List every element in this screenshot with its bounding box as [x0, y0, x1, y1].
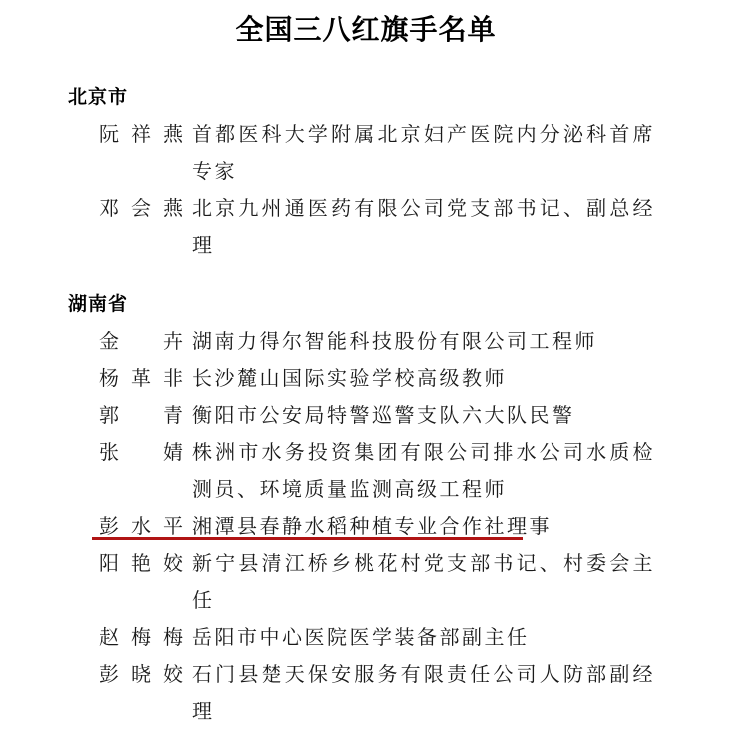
section-beijing: 北京市 阮祥燕 首都医科大学附属北京妇产医院内分泌科首席专家 邓会燕 北京九州通…	[0, 79, 732, 264]
list-entry: 邓会燕 北京九州通医药有限公司党支部书记、副总经理	[68, 190, 662, 264]
document-page: 全国三八红旗手名单 北京市 阮祥燕 首都医科大学附属北京妇产医院内分泌科首席专家…	[0, 0, 732, 742]
region-label: 湖南省	[68, 286, 662, 323]
honoree-affiliation: 株洲市水务投资集团有限公司排水公司水质检测员、环境质量监测高级工程师	[192, 434, 655, 508]
honoree-name: 彭水平	[99, 508, 183, 545]
honoree-affiliation: 湖南力得尔智能科技股份有限公司工程师	[192, 323, 655, 360]
list-entry: 金卉 湖南力得尔智能科技股份有限公司工程师	[68, 323, 662, 360]
honoree-affiliation: 石门县楚天保安服务有限责任公司人防部副经理	[192, 656, 655, 730]
honoree-affiliation: 首都医科大学附属北京妇产医院内分泌科首席专家	[192, 116, 655, 190]
list-entry: 赵梅梅 岳阳市中心医院医学装备部副主任	[68, 619, 662, 656]
honoree-affiliation: 衡阳市公安局特警巡警支队六大队民警	[192, 397, 655, 434]
region-label: 北京市	[68, 79, 662, 116]
honoree-affiliation: 湘潭县春静水稻种植专业合作社理事	[192, 508, 655, 545]
list-entry: 张婧 株洲市水务投资集团有限公司排水公司水质检测员、环境质量监测高级工程师	[68, 434, 662, 508]
list-entry: 郭青 衡阳市公安局特警巡警支队六大队民警	[68, 397, 662, 434]
honoree-name: 金卉	[99, 323, 183, 360]
honoree-name: 赵梅梅	[99, 619, 183, 656]
honoree-name: 阮祥燕	[99, 116, 183, 153]
section-hunan: 湖南省 金卉 湖南力得尔智能科技股份有限公司工程师 杨革非 长沙麓山国际实验学校…	[0, 286, 732, 730]
honoree-affiliation: 岳阳市中心医院医学装备部副主任	[192, 619, 655, 656]
honoree-affiliation: 北京九州通医药有限公司党支部书记、副总经理	[192, 190, 655, 264]
honoree-name: 邓会燕	[99, 190, 183, 227]
list-entry: 阮祥燕 首都医科大学附属北京妇产医院内分泌科首席专家	[68, 116, 662, 190]
list-entry: 阳艳姣 新宁县清江桥乡桃花村党支部书记、村委会主任	[68, 545, 662, 619]
honoree-name: 张婧	[99, 434, 183, 471]
honoree-name: 彭晓姣	[99, 656, 183, 693]
honoree-affiliation: 新宁县清江桥乡桃花村党支部书记、村委会主任	[192, 545, 655, 619]
honoree-affiliation: 长沙麓山国际实验学校高级教师	[192, 360, 655, 397]
list-entry: 彭晓姣 石门县楚天保安服务有限责任公司人防部副经理	[68, 656, 662, 730]
list-entry: 杨革非 长沙麓山国际实验学校高级教师	[68, 360, 662, 397]
honoree-name: 杨革非	[99, 360, 183, 397]
honoree-name: 阳艳姣	[99, 545, 183, 582]
honoree-name: 郭青	[99, 397, 183, 434]
page-title: 全国三八红旗手名单	[0, 0, 732, 48]
list-entry-highlighted: 彭水平 湘潭县春静水稻种植专业合作社理事	[68, 508, 662, 545]
